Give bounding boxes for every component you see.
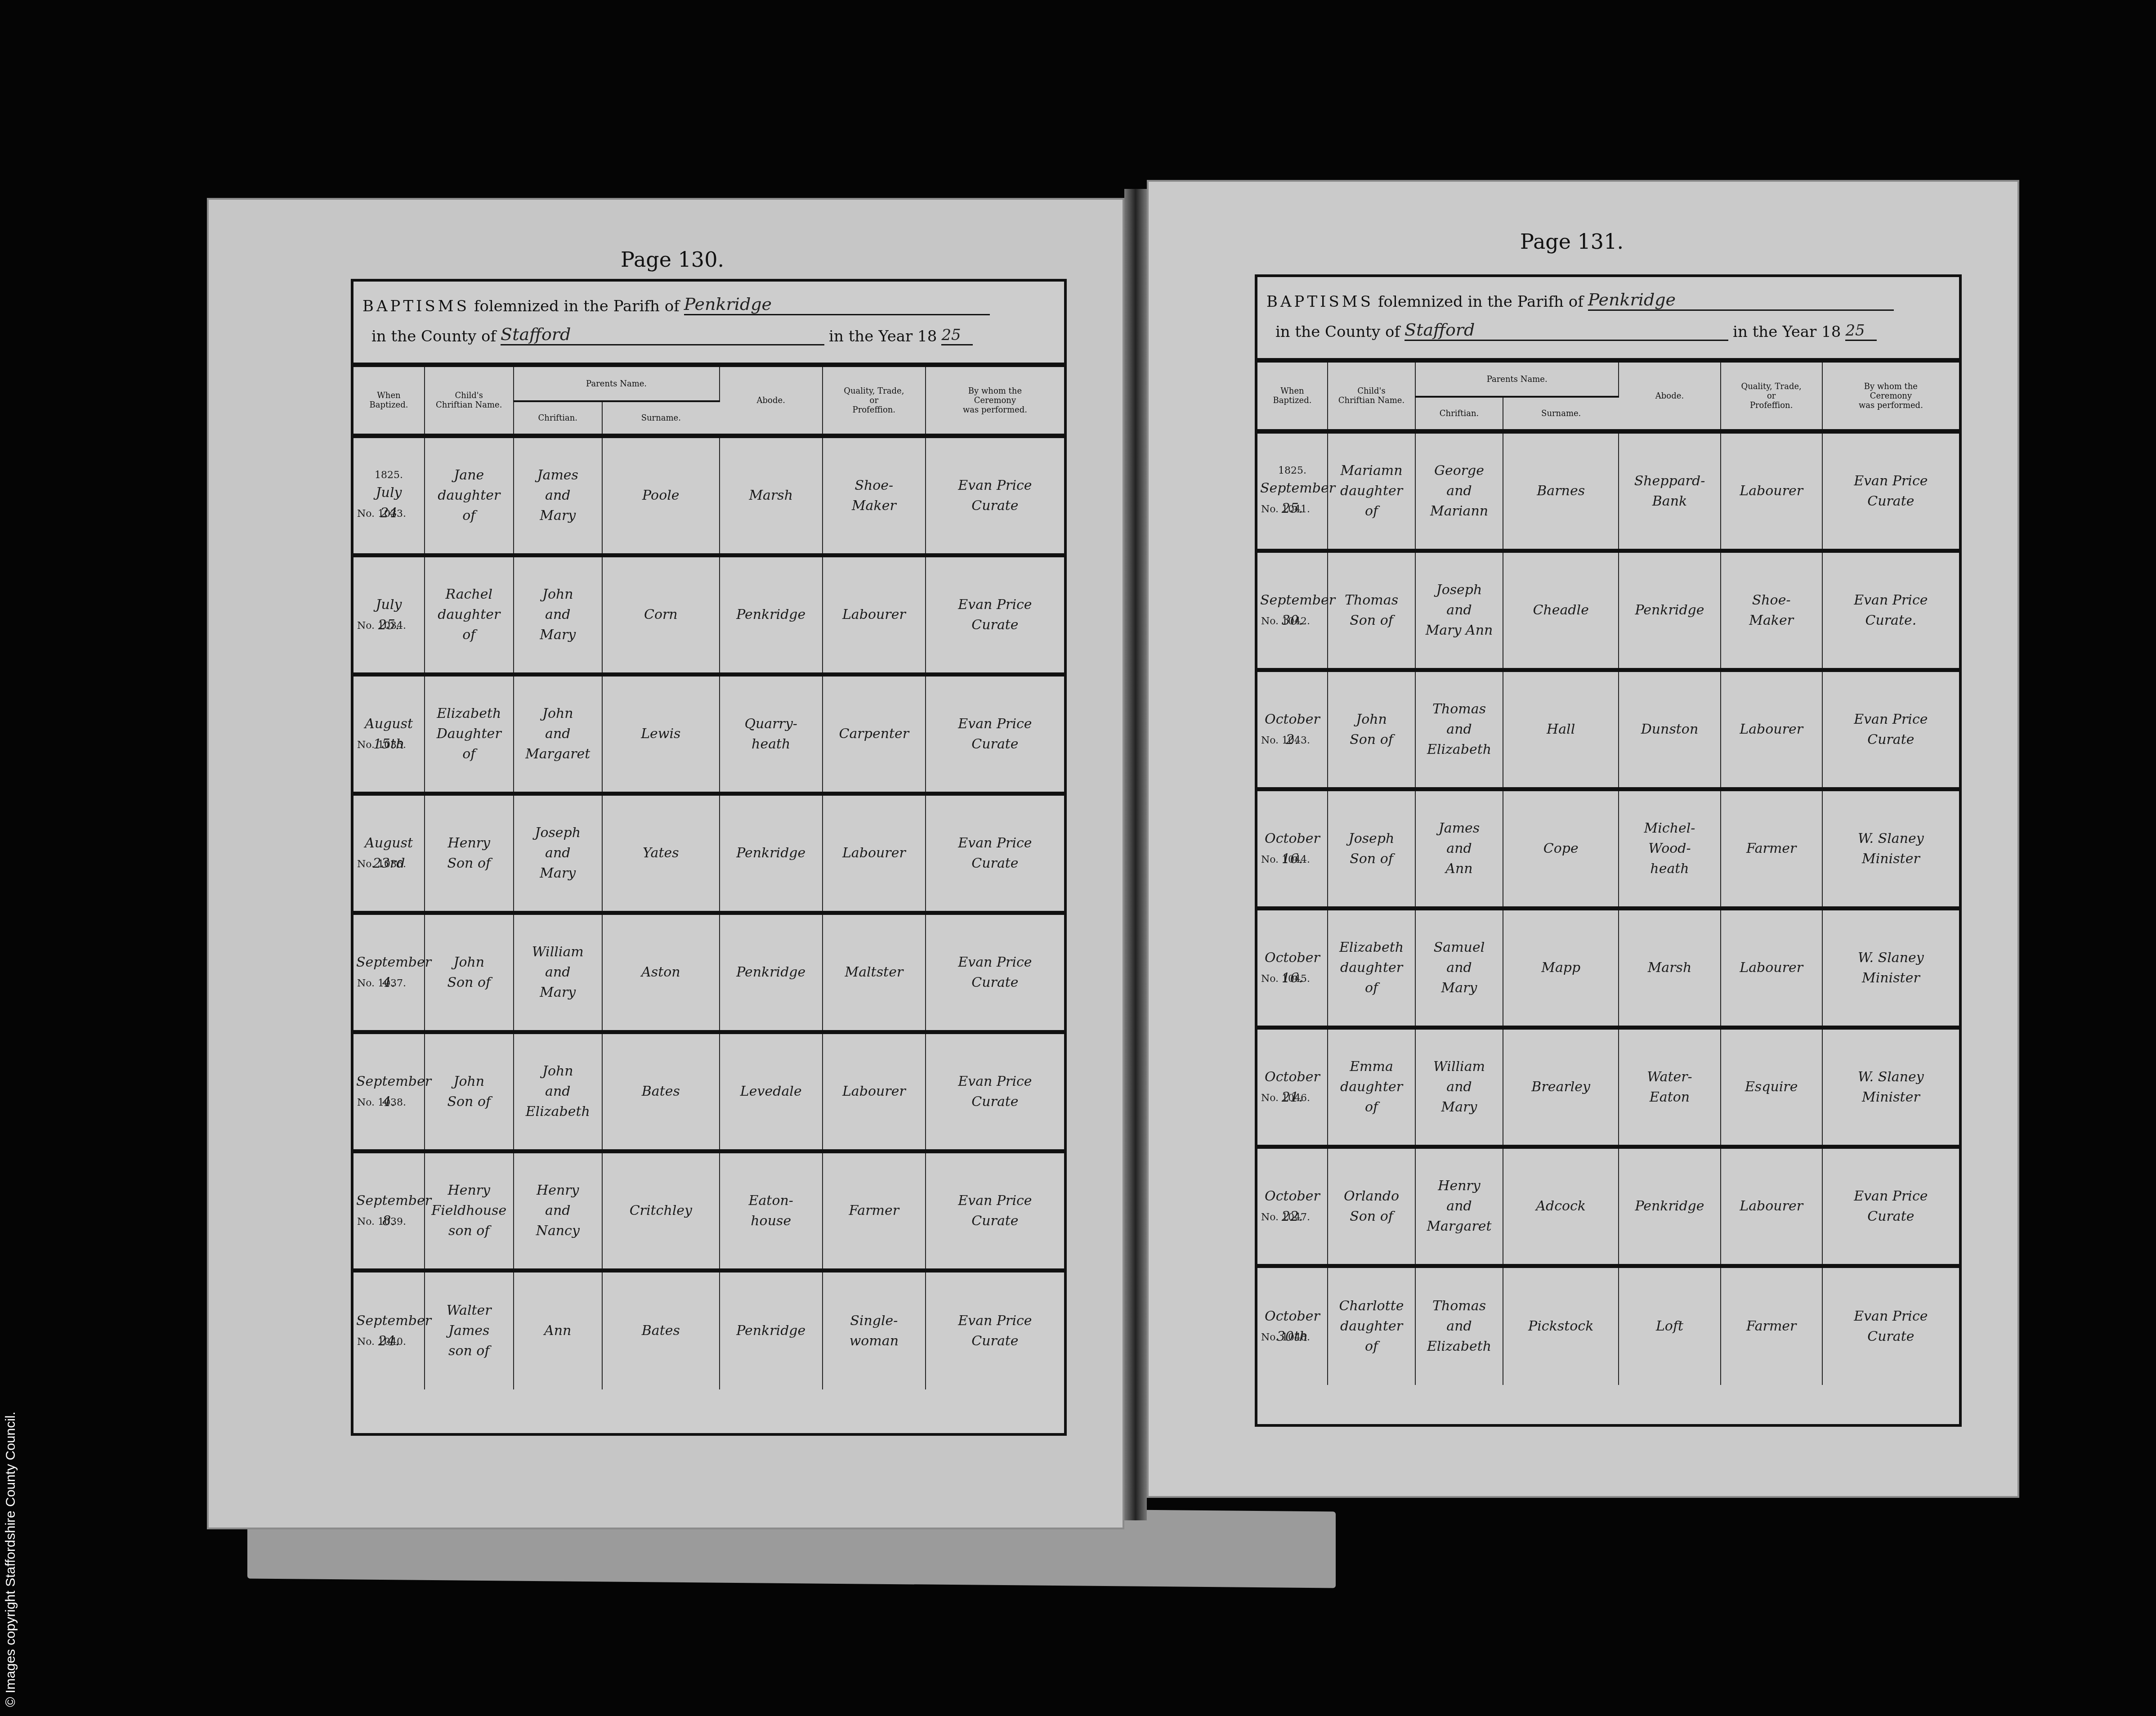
abode-line: Marsh <box>723 485 819 506</box>
register-heading: BAPTISMS folemnized in the Parifh of Pen… <box>1257 277 1959 363</box>
cell-when-baptized: October16.No. 1045. <box>1257 908 1328 1027</box>
register-heading: BAPTISMS folemnized in the Parifh of Pen… <box>353 282 1064 367</box>
col-trade: Quality, Trade,orProfeffion. <box>1721 363 1822 431</box>
child-name-line: Joseph <box>1331 829 1412 849</box>
abode-line: Penkridge <box>1622 600 1717 620</box>
abode-line: Michel- <box>1622 818 1717 838</box>
cell-when-baptized: September4.No. 1037. <box>353 913 425 1032</box>
parent-christian-line: and <box>1418 958 1500 978</box>
cell-child-name: OrlandoSon of <box>1328 1147 1415 1266</box>
parent-christian-line: and <box>517 1081 599 1102</box>
entry-number: No. 1036. <box>357 857 406 872</box>
child-name-line: of <box>1331 1336 1412 1357</box>
heading-year-label: in the Year 18 <box>1733 323 1841 341</box>
entry-date: October <box>1260 1067 1324 1087</box>
entry-number: No. 1039. <box>357 1214 406 1229</box>
cell-parent-surname: Brearley <box>1503 1027 1619 1147</box>
cell-officiant: Evan PriceCurate <box>1822 670 1959 789</box>
trade-line: Maker <box>826 496 922 516</box>
officiant-line: Evan Price <box>929 952 1061 972</box>
cell-when-baptized: August23rdNo. 1036. <box>353 793 425 913</box>
col-parent-surname: Surname. <box>1503 397 1619 431</box>
parent-christian-line: Joseph <box>1418 580 1500 600</box>
cell-parent-christian: JosephandMary Ann <box>1415 551 1503 670</box>
entry-year: 1825. <box>356 468 421 483</box>
entries-table: WhenBaptized. Child'sChriftian Name. Par… <box>353 367 1064 1389</box>
abode-line: Water- <box>1622 1067 1717 1087</box>
trade-line: Farmer <box>826 1201 922 1221</box>
cell-parent-christian: SamuelandMary <box>1415 908 1503 1027</box>
parent-christian-line: Mary <box>1418 978 1500 998</box>
parent-christian-line: Henry <box>1418 1176 1500 1196</box>
trade-line: Maltster <box>826 962 922 982</box>
cell-trade: Labourer <box>1721 1147 1822 1266</box>
copyright-notice: © Images copyright Staffordshire County … <box>2 1302 20 1707</box>
cell-parent-surname: Yates <box>602 793 720 913</box>
cell-trade: Shoe-Maker <box>1721 551 1822 670</box>
cell-child-name: Charlottedaughterof <box>1328 1266 1415 1385</box>
trade-line: Shoe- <box>1724 590 1819 610</box>
cell-parent-christian: HenryandMargaret <box>1415 1147 1503 1266</box>
parent-christian-line: Mary <box>517 625 599 645</box>
officiant-line: Curate <box>929 1331 1061 1351</box>
officiant-line: W. Slaney <box>1825 1067 1956 1087</box>
child-name-line: Emma <box>1331 1057 1412 1077</box>
cell-officiant: Evan PriceCurate <box>1822 431 1959 551</box>
heading-parish-label: folemnized in the Parifh of <box>474 297 680 315</box>
cell-parent-christian: Ann <box>514 1270 603 1389</box>
cell-when-baptized: July25.No. 1034. <box>353 555 425 674</box>
officiant-line: Evan Price <box>929 1071 1061 1092</box>
cell-child-name: ThomasSon of <box>1328 551 1415 670</box>
cell-parent-christian: ThomasandElizabeth <box>1415 1266 1503 1385</box>
table-row: September8.No. 1039.HenryFieldhouseson o… <box>353 1151 1064 1270</box>
entries-table: WhenBaptized. Child'sChriftian Name. Par… <box>1257 363 1959 1385</box>
abode-line: Penkridge <box>723 605 819 625</box>
cell-child-name: Emmadaughterof <box>1328 1027 1415 1147</box>
cell-parent-surname: Barnes <box>1503 431 1619 551</box>
cell-child-name: JohnSon of <box>425 1032 514 1151</box>
col-parents-name: Parents Name. <box>1415 363 1619 397</box>
parent-christian-line: Margaret <box>1418 1216 1500 1237</box>
parent-christian-line: and <box>517 485 599 506</box>
officiant-line: Curate <box>929 853 1061 874</box>
child-name-line: John <box>1331 709 1412 730</box>
cell-officiant: Evan PriceCurate <box>926 1032 1064 1151</box>
cell-trade: Labourer <box>1721 670 1822 789</box>
trade-line: Labourer <box>1724 719 1819 739</box>
parent-christian-line: Mariann <box>1418 501 1500 521</box>
table-row: August23rdNo. 1036.HenrySon ofJosephandM… <box>353 793 1064 913</box>
entry-number: No. 1033. <box>357 506 406 521</box>
table-row: September24.No. 1040.WalterJamesson ofAn… <box>353 1270 1064 1389</box>
cell-officiant: W. SlaneyMinister <box>1822 1027 1959 1147</box>
cell-child-name: WalterJamesson of <box>425 1270 514 1389</box>
parent-christian-line: and <box>517 1201 599 1221</box>
cell-trade: Shoe-Maker <box>823 436 926 555</box>
cell-abode: Penkridge <box>720 1270 823 1389</box>
officiant-line: Evan Price <box>1825 471 1956 491</box>
parent-christian-line: and <box>1418 481 1500 501</box>
parent-christian-line: and <box>1418 600 1500 620</box>
trade-line: Labourer <box>826 1081 922 1102</box>
cell-child-name: Janedaughterof <box>425 436 514 555</box>
officiant-line: Evan Price <box>1825 590 1956 610</box>
officiant-line: Evan Price <box>1825 709 1956 730</box>
parent-christian-line: Elizabeth <box>1418 1336 1500 1357</box>
cell-abode: Levedale <box>720 1032 823 1151</box>
cell-officiant: Evan PriceCurate <box>926 913 1064 1032</box>
cell-abode: Water-Eaton <box>1619 1027 1720 1147</box>
cell-abode: Penkridge <box>1619 551 1720 670</box>
child-name-line: Henry <box>428 1180 510 1201</box>
parent-christian-line: Mary <box>517 863 599 883</box>
cell-when-baptized: October16.No. 1044. <box>1257 789 1328 908</box>
col-parent-christian: Chriftian. <box>1415 397 1503 431</box>
cell-abode: Sheppard-Bank <box>1619 431 1720 551</box>
child-name-line: of <box>1331 501 1412 521</box>
heading-baptisms: BAPTISMS <box>362 297 470 315</box>
cell-trade: Single-woman <box>823 1270 926 1389</box>
cell-child-name: HenrySon of <box>425 793 514 913</box>
table-row: 1825.September25.No. 1041.Mariamndaughte… <box>1257 431 1959 551</box>
table-row: October16.No. 1044.JosephSon ofJamesandA… <box>1257 789 1959 908</box>
officiant-line: Evan Price <box>929 1191 1061 1211</box>
cell-when-baptized: 1825.July24No. 1033. <box>353 436 425 555</box>
entry-date: September <box>356 952 421 972</box>
child-name-line: Son of <box>1331 730 1412 750</box>
cell-officiant: Evan PriceCurate <box>926 1151 1064 1270</box>
officiant-line: W. Slaney <box>1825 948 1956 968</box>
officiant-line: Curate <box>929 972 1061 993</box>
cell-officiant: Evan PriceCurate <box>1822 1147 1959 1266</box>
cell-child-name: JohnSon of <box>1328 670 1415 789</box>
child-name-line: Daughter <box>428 724 510 744</box>
cell-parent-surname: Poole <box>602 436 720 555</box>
trade-line: Esquire <box>1724 1077 1819 1097</box>
entry-number: No. 1038. <box>357 1095 406 1110</box>
officiant-line: Evan Price <box>929 595 1061 615</box>
col-parent-christian: Chriftian. <box>514 401 603 436</box>
cell-when-baptized: October22.No. 1047. <box>1257 1147 1328 1266</box>
abode-line: Quarry- <box>723 714 819 734</box>
cell-trade: Maltster <box>823 913 926 1032</box>
officiant-line: Curate <box>1825 491 1956 511</box>
cell-parent-christian: JamesandAnn <box>1415 789 1503 908</box>
parent-christian-line: William <box>1418 1057 1500 1077</box>
baptism-register-table: BAPTISMS folemnized in the Parifh of Pen… <box>1255 274 1962 1427</box>
entry-number: No. 1048. <box>1261 1330 1310 1345</box>
cell-officiant: Evan PriceCurate <box>926 1270 1064 1389</box>
cell-parent-surname: Lewis <box>602 674 720 793</box>
officiant-line: Curate <box>929 496 1061 516</box>
cell-when-baptized: October21.No. 1046. <box>1257 1027 1328 1147</box>
table-row: October30thNo. 1048.CharlottedaughterofT… <box>1257 1266 1959 1385</box>
cell-officiant: Evan PriceCurate <box>1822 1266 1959 1385</box>
cell-trade: Labourer <box>823 555 926 674</box>
entry-date: July <box>356 483 421 503</box>
trade-line: Single- <box>826 1311 922 1331</box>
cell-officiant: W. SlaneyMinister <box>1822 908 1959 1027</box>
table-row: July25.No. 1034.RacheldaughterofJohnandM… <box>353 555 1064 674</box>
parent-christian-line: Samuel <box>1418 937 1500 958</box>
cell-trade: Farmer <box>1721 1266 1822 1385</box>
parent-christian-line: John <box>517 1061 599 1081</box>
parent-christian-line: Ann <box>517 1321 599 1341</box>
entry-number: No. 1040. <box>357 1335 406 1349</box>
cell-when-baptized: September4.No. 1038. <box>353 1032 425 1151</box>
officiant-line: Curate <box>929 1092 1061 1112</box>
cell-abode: Michel-Wood-heath <box>1619 789 1720 908</box>
trade-line: Labourer <box>1724 958 1819 978</box>
col-trade: Quality, Trade,orProfeffion. <box>823 367 926 436</box>
abode-line: Penkridge <box>723 962 819 982</box>
officiant-line: Minister <box>1825 849 1956 869</box>
table-row: September4.No. 1037.JohnSon ofWilliamand… <box>353 913 1064 1032</box>
col-child-name: Child'sChriftian Name. <box>425 367 514 436</box>
register-book: Page 130. BAPTISMS folemnized in the Par… <box>207 180 2006 1574</box>
child-name-line: John <box>428 952 510 972</box>
abode-line: Penkridge <box>1622 1196 1717 1216</box>
officiant-line: Curate <box>929 1211 1061 1231</box>
table-row: September4.No. 1038.JohnSon ofJohnandEli… <box>353 1032 1064 1151</box>
cell-when-baptized: August15thNo. 1035. <box>353 674 425 793</box>
child-name-line: Walter <box>428 1300 510 1321</box>
cell-parent-christian: ThomasandElizabeth <box>1415 670 1503 789</box>
cell-parent-christian: JamesandMary <box>514 436 603 555</box>
abode-line: Eaton <box>1622 1087 1717 1107</box>
child-name-line: of <box>428 625 510 645</box>
parent-christian-line: James <box>517 465 599 485</box>
col-abode: Abode. <box>720 367 823 436</box>
abode-line: Loft <box>1622 1316 1717 1336</box>
parent-christian-line: Elizabeth <box>517 1102 599 1122</box>
child-name-line: Henry <box>428 833 510 853</box>
parent-christian-line: Henry <box>517 1180 599 1201</box>
cell-parent-christian: JohnandElizabeth <box>514 1032 603 1151</box>
year-value: 25 <box>1845 322 1877 341</box>
child-name-line: Elizabeth <box>1331 937 1412 958</box>
cell-trade: Labourer <box>823 1032 926 1151</box>
year-value: 25 <box>941 326 973 345</box>
child-name-line: Fieldhouse <box>428 1201 510 1221</box>
cell-parent-surname: Mapp <box>1503 908 1619 1027</box>
cell-abode: Penkridge <box>720 913 823 1032</box>
parent-christian-line: Thomas <box>1418 699 1500 719</box>
child-name-line: Son of <box>428 853 510 874</box>
heading-county-label: in the County of <box>1275 323 1400 341</box>
trade-line: Carpenter <box>826 724 922 744</box>
trade-line: Farmer <box>1724 1316 1819 1336</box>
child-name-line: Son of <box>1331 849 1412 869</box>
parent-christian-line: Elizabeth <box>1418 739 1500 760</box>
parent-christian-line: James <box>1418 818 1500 838</box>
child-name-line: of <box>1331 1097 1412 1117</box>
officiant-line: Minister <box>1825 968 1956 988</box>
table-row: October16.No. 1045.ElizabethdaughterofSa… <box>1257 908 1959 1027</box>
abode-line: Levedale <box>723 1081 819 1102</box>
officiant-line: Curate <box>929 734 1061 754</box>
entry-date: September <box>1260 478 1324 498</box>
parent-christian-line: and <box>517 605 599 625</box>
cell-officiant: Evan PriceCurate <box>926 674 1064 793</box>
entry-date: October <box>1260 829 1324 849</box>
parent-christian-line: Nancy <box>517 1221 599 1241</box>
entry-year: 1825. <box>1260 463 1324 478</box>
entry-date: September <box>1260 590 1324 610</box>
cell-trade: Labourer <box>1721 908 1822 1027</box>
parish-value: Penkridge <box>1588 290 1894 311</box>
entry-date: September <box>356 1191 421 1211</box>
cell-parent-surname: Adcock <box>1503 1147 1619 1266</box>
abode-line: Penkridge <box>723 1321 819 1341</box>
cell-abode: Loft <box>1619 1266 1720 1385</box>
abode-line: Wood- <box>1622 838 1717 859</box>
entry-number: No. 1045. <box>1261 972 1310 986</box>
parent-christian-line: and <box>1418 1077 1500 1097</box>
cell-child-name: Racheldaughterof <box>425 555 514 674</box>
parent-christian-line: and <box>1418 838 1500 859</box>
entry-number: No. 1042. <box>1261 614 1310 629</box>
child-name-line: daughter <box>428 485 510 506</box>
cell-parent-surname: Bates <box>602 1032 720 1151</box>
officiant-line: Curate. <box>1825 610 1956 631</box>
baptism-register-table: BAPTISMS folemnized in the Parifh of Pen… <box>351 279 1067 1436</box>
cell-parent-surname: Pickstock <box>1503 1266 1619 1385</box>
child-name-line: daughter <box>1331 1316 1412 1336</box>
child-name-line: Elizabeth <box>428 703 510 724</box>
cell-trade: Labourer <box>823 793 926 913</box>
cell-parent-christian: HenryandNancy <box>514 1151 603 1270</box>
cell-parent-christian: JosephandMary <box>514 793 603 913</box>
cell-trade: Carpenter <box>823 674 926 793</box>
child-name-line: John <box>428 1071 510 1092</box>
child-name-line: Son of <box>1331 610 1412 631</box>
table-row: August15thNo. 1035.ElizabethDaughterofJo… <box>353 674 1064 793</box>
heading-parish-label: folemnized in the Parifh of <box>1378 293 1583 311</box>
parent-christian-line: and <box>517 843 599 863</box>
child-name-line: Mariamn <box>1331 461 1412 481</box>
cell-when-baptized: October2.No. 1043. <box>1257 670 1328 789</box>
col-by-whom: By whom theCeremonywas performed. <box>926 367 1064 436</box>
entry-number: No. 1047. <box>1261 1210 1310 1225</box>
trade-line: Shoe- <box>826 475 922 496</box>
officiant-line: Evan Price <box>929 475 1061 496</box>
cell-parent-christian: WilliamandMary <box>1415 1027 1503 1147</box>
cell-parent-christian: JohnandMargaret <box>514 674 603 793</box>
cell-parent-christian: JohnandMary <box>514 555 603 674</box>
trade-line: Labourer <box>826 605 922 625</box>
cell-parent-surname: Hall <box>1503 670 1619 789</box>
cell-parent-christian: WilliamandMary <box>514 913 603 1032</box>
child-name-line: daughter <box>428 605 510 625</box>
parent-christian-line: John <box>517 584 599 605</box>
page-number: Page 131. <box>1520 229 1624 254</box>
parent-christian-line: Ann <box>1418 859 1500 879</box>
child-name-line: son of <box>428 1221 510 1241</box>
parent-christian-line: and <box>517 962 599 982</box>
cell-trade: Labourer <box>1721 431 1822 551</box>
trade-line: Labourer <box>1724 481 1819 501</box>
cell-parent-surname: Aston <box>602 913 720 1032</box>
abode-line: Sheppard- <box>1622 471 1717 491</box>
col-by-whom: By whom theCeremonywas performed. <box>1822 363 1959 431</box>
parent-christian-line: John <box>517 703 599 724</box>
cell-parent-surname: Bates <box>602 1270 720 1389</box>
child-name-line: daughter <box>1331 1077 1412 1097</box>
abode-line: heath <box>723 734 819 754</box>
parent-christian-line: and <box>517 724 599 744</box>
cell-child-name: JosephSon of <box>1328 789 1415 908</box>
cell-abode: Quarry-heath <box>720 674 823 793</box>
county-value: Stafford <box>501 324 824 345</box>
entry-number: No. 1037. <box>357 976 406 991</box>
cell-officiant: Evan PriceCurate <box>926 555 1064 674</box>
cell-officiant: Evan PriceCurate. <box>1822 551 1959 670</box>
cell-when-baptized: 1825.September25.No. 1041. <box>1257 431 1328 551</box>
cell-when-baptized: September8.No. 1039. <box>353 1151 425 1270</box>
cell-when-baptized: September24.No. 1040. <box>353 1270 425 1389</box>
heading-county-label: in the County of <box>371 327 496 345</box>
cell-abode: Penkridge <box>1619 1147 1720 1266</box>
officiant-line: Curate <box>1825 1326 1956 1347</box>
child-name-line: Orlando <box>1331 1186 1412 1206</box>
officiant-line: Curate <box>929 615 1061 635</box>
parent-christian-line: Mary <box>1418 1097 1500 1117</box>
parent-christian-line: George <box>1418 461 1500 481</box>
trade-line: Farmer <box>1724 838 1819 859</box>
entry-date: October <box>1260 709 1324 730</box>
heading-baptisms: BAPTISMS <box>1266 293 1373 311</box>
cell-officiant: Evan PriceCurate <box>926 436 1064 555</box>
county-value: Stafford <box>1405 320 1728 341</box>
cell-abode: Penkridge <box>720 555 823 674</box>
cell-child-name: HenryFieldhouseson of <box>425 1151 514 1270</box>
abode-line: Marsh <box>1622 958 1717 978</box>
entry-date: August <box>356 714 421 734</box>
officiant-line: W. Slaney <box>1825 829 1956 849</box>
cell-officiant: Evan PriceCurate <box>926 793 1064 913</box>
entry-date: October <box>1260 1186 1324 1206</box>
child-name-line: daughter <box>1331 481 1412 501</box>
table-row: September30.No. 1042.ThomasSon ofJosepha… <box>1257 551 1959 670</box>
trade-line: Maker <box>1724 610 1819 631</box>
officiant-line: Evan Price <box>1825 1306 1956 1326</box>
parent-christian-line: William <box>517 942 599 962</box>
abode-line: Dunston <box>1622 719 1717 739</box>
child-name-line: son of <box>428 1341 510 1361</box>
cell-trade: Esquire <box>1721 1027 1822 1147</box>
child-name-line: Son of <box>1331 1206 1412 1227</box>
officiant-line: Evan Price <box>929 1311 1061 1331</box>
entry-number: No. 1043. <box>1261 733 1310 748</box>
officiant-line: Evan Price <box>929 714 1061 734</box>
child-name-line: Son of <box>428 1092 510 1112</box>
officiant-line: Evan Price <box>929 833 1061 853</box>
cell-abode: Marsh <box>1619 908 1720 1027</box>
child-name-line: Jane <box>428 465 510 485</box>
child-name-line: Rachel <box>428 584 510 605</box>
col-when-baptized: WhenBaptized. <box>353 367 425 436</box>
trade-line: Labourer <box>826 843 922 863</box>
cell-child-name: Mariamndaughterof <box>1328 431 1415 551</box>
table-row: October22.No. 1047.OrlandoSon ofHenryand… <box>1257 1147 1959 1266</box>
parent-christian-line: Joseph <box>517 823 599 843</box>
abode-line: Bank <box>1622 491 1717 511</box>
entry-date: July <box>356 595 421 615</box>
cell-parent-surname: Cope <box>1503 789 1619 908</box>
parent-christian-line: and <box>1418 1196 1500 1216</box>
